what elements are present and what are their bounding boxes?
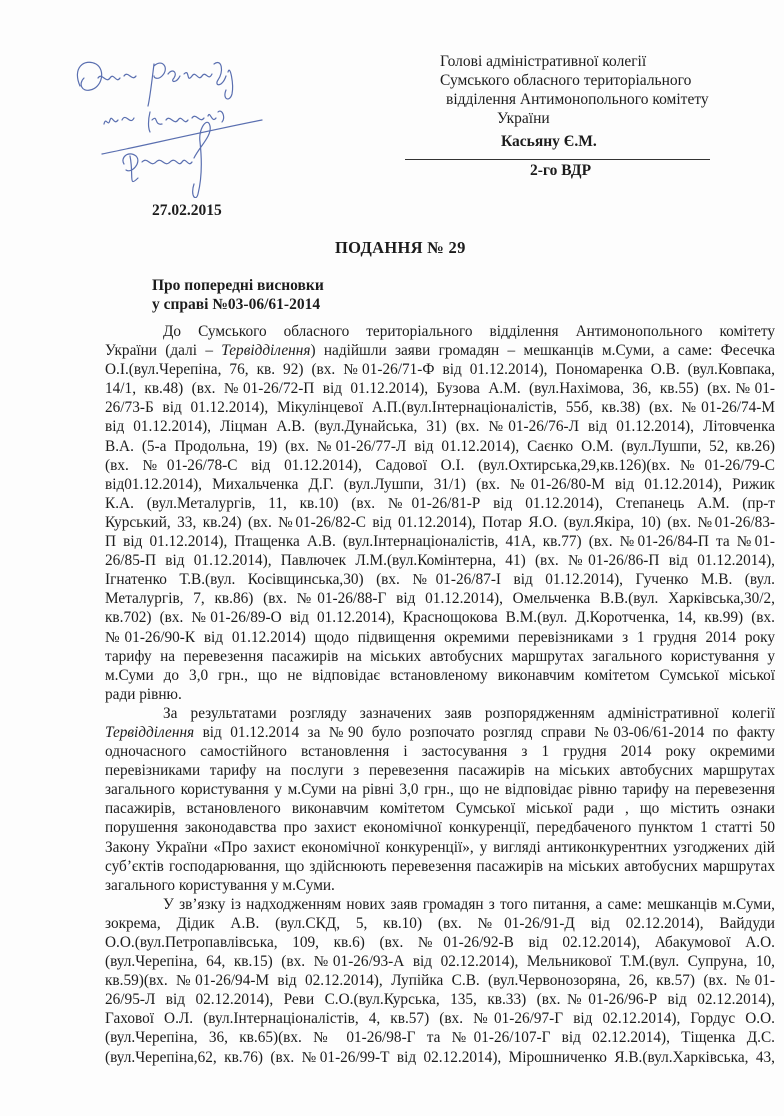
- addressee-line: відділення Антимонопольного комітету: [440, 90, 709, 109]
- paragraph-line: (вх. №01-26/78-С від 01.12.2014), Садово…: [105, 456, 775, 475]
- paragraph-line: одночасного самостійного встановлення і …: [105, 742, 775, 761]
- paragraph-line: До Сумського обласного територіального в…: [105, 322, 775, 341]
- subject-line: у справі №03-06/61-2014: [152, 295, 324, 314]
- paragraph-line: перевізниками тарифу на послуги з переве…: [105, 761, 775, 780]
- paragraph-line: О.О.(вул.Петропавлівська, 109, кв.6) (вх…: [105, 933, 775, 952]
- paragraph-line: №01-26/90-К від 01.12.2014) щодо підвище…: [105, 628, 775, 647]
- paragraph-line: У зв’язку із надходженням нових заяв гро…: [105, 895, 775, 914]
- document-title: ПОДАННЯ № 29: [335, 238, 466, 258]
- addressee-line: України: [440, 109, 709, 128]
- paragraph-line: (вул.Черепіна, 64, кв.15) (вх. №01-26/93…: [105, 952, 775, 971]
- paragraph: До Сумського обласного територіального в…: [105, 322, 775, 704]
- paragraph-line: В.А. (5-а Продольна, 19) (вх. №01-26/77-…: [105, 437, 775, 456]
- paragraph-line: Закону України «Про захист економічної к…: [105, 838, 775, 857]
- document-body: До Сумського обласного територіального в…: [105, 322, 775, 1067]
- paragraph-line: 14/1, кв.48) (вх. №01-26/72-П від 01.12.…: [105, 379, 775, 398]
- paragraph-line: Металургів, 7, кв.86) (вх. №01-26/88-Г в…: [105, 589, 775, 608]
- paragraph-line: (вул.Черепіна, 36, кв.65)(вх. № 01-26/98…: [105, 1028, 775, 1047]
- paragraph-line: загального користування у м.Суми.: [105, 876, 775, 895]
- paragraph-line: Гахової О.Л. (вул.Інтернаціоналістів, 4,…: [105, 1009, 775, 1028]
- paragraph-line: суб’єктів господарювання, що здійснюють …: [105, 857, 775, 876]
- paragraph-line: тарифу на перевезення пасажирів на міськ…: [105, 647, 775, 666]
- paragraph-line: ради рівню.: [105, 685, 775, 704]
- paragraph-line: кв.59)(вх. №01-26/94-М від 02.12.2014), …: [105, 971, 775, 990]
- paragraph-line: О.І.(вул.Черепіна, 76, кв. 92) (вх. №01-…: [105, 360, 775, 379]
- paragraph-line: Ігнатенко Т.В.(вул. Косівщинська,30) (вх…: [105, 570, 775, 589]
- paragraph-line: К.А. (вул.Металургів, 11, кв.10) (вх. №0…: [105, 494, 775, 513]
- document-subject: Про попередні висновки у справі №03-06/6…: [152, 276, 324, 314]
- paragraph-line: Тервідділення від 01.12.2014 за №90 було…: [105, 723, 775, 742]
- paragraph-line: 26/85-П від 01.12.2014), Павлючек Л.М.(в…: [105, 551, 775, 570]
- handwritten-resolution: Для розгляду на колегії: [62, 28, 282, 198]
- paragraph-line: від01.12.2014), Михальченка Д.Г. (вул.Лу…: [105, 475, 775, 494]
- paragraph-line: 26/95-Л від 02.12.2014), Реви С.О.(вул.К…: [105, 990, 775, 1009]
- paragraph-line: м.Суми до 3,0 грн., що не відповідає вст…: [105, 666, 775, 685]
- subject-line: Про попередні висновки: [152, 276, 324, 295]
- department-label: 2-го ВДР: [530, 162, 591, 180]
- paragraph-line: 26/73-Б від 01.12.2014), Мікулінцевої А.…: [105, 398, 775, 417]
- paragraph-line: порушення законодавства про захист еконо…: [105, 818, 775, 837]
- handwritten-note-icon: [62, 28, 282, 198]
- paragraph-line: України (далі – Тервідділення) надійшли …: [105, 341, 775, 360]
- paragraph-line: Курський, 33, кв.24) (вх. №01-26/82-С ві…: [105, 513, 775, 532]
- document-page: Для розгляду на колегії Голові адміністр…: [0, 0, 784, 1116]
- document-date: 27.02.2015: [152, 202, 222, 220]
- paragraph-line: пасажирів, встановленого виконавчим комі…: [105, 799, 775, 818]
- addressee-line: Сумського обласного територіального: [440, 71, 709, 90]
- paragraph-line: П від 01.12.2014), Птащенка А.В. (вул.Ін…: [105, 532, 775, 551]
- paragraph-line: (вул.Черепіна,62, кв.76) (вх. №01-26/99-…: [105, 1048, 775, 1067]
- paragraph: За результатами розгляду зазначених заяв…: [105, 704, 775, 895]
- paragraph-line: кв.702) (вх. №01-26/89-О від 01.12.2014)…: [105, 608, 775, 627]
- paragraph-line: За результатами розгляду зазначених заяв…: [105, 704, 775, 723]
- paragraph-line: зокрема, Дідик А.В. (вул.СКД, 5, кв.10) …: [105, 914, 775, 933]
- paragraph-line: від 01.12.2014), Ліцман А.В. (вул.Дунайс…: [105, 417, 775, 436]
- paragraph-line: загального користування у м.Суми на рівн…: [105, 780, 775, 799]
- divider-line: [405, 159, 710, 160]
- addressee-line: Голові адміністративної колегії: [440, 52, 709, 71]
- paragraph: У зв’язку із надходженням нових заяв гро…: [105, 895, 775, 1067]
- addressee-block: Голові адміністративної колегії Сумськог…: [440, 52, 709, 151]
- addressee-name: Касьяну Є.М.: [440, 132, 709, 151]
